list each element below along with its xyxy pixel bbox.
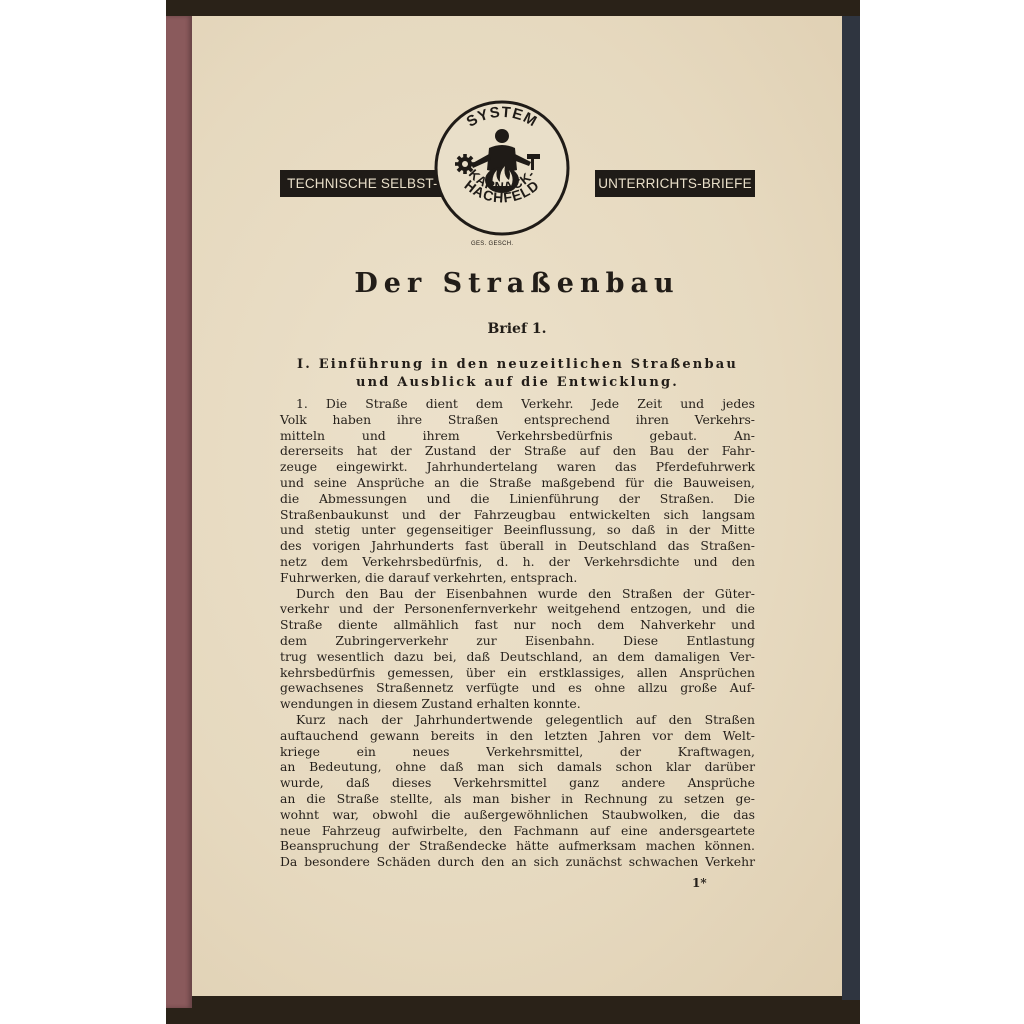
- text-line: neue Fahrzeug aufwirbelte, den Fachmann …: [280, 823, 755, 839]
- text-line: und stetig unter gegenseitiger Beeinflus…: [280, 522, 755, 538]
- book-spine: [166, 16, 192, 1008]
- text-line: Da besondere Schäden durch den an sich z…: [280, 854, 755, 870]
- text-line: zeuge eingewirkt. Jahrhundertelang waren…: [280, 459, 755, 475]
- section-heading-line: und Ausblick auf die Entwicklung.: [280, 374, 755, 392]
- text-line: wohnt war, obwohl die außergewöhnlichen …: [280, 807, 755, 823]
- text-line: wendungen in diesem Zustand erhalten kon…: [280, 696, 755, 712]
- text-line: die Abmessungen und die Linienführung de…: [280, 491, 755, 507]
- text-line: 1. Die Straße dient dem Verkehr. Jede Ze…: [280, 396, 755, 412]
- text-line: des vorigen Jahrhunderts fast überall in…: [280, 538, 755, 554]
- text-line: gewachsenes Straßennetz verfügte und es …: [280, 680, 755, 696]
- page-title: Der Straßenbau: [192, 268, 842, 299]
- text-line: Kurz nach der Jahrhundertwende gelegentl…: [280, 712, 755, 728]
- letterhead: TECHNISCHE SELBST- UNTERRICHTS-BRIEFE SY…: [280, 90, 755, 240]
- text-line: verkehr und der Personenfernverkehr weit…: [280, 601, 755, 617]
- body-text: 1. Die Straße dient dem Verkehr. Jede Ze…: [280, 396, 755, 870]
- text-line: Beanspruchung der Straßendecke hätte auf…: [280, 838, 755, 854]
- book-cover-edge: [842, 16, 860, 1000]
- text-line: mitteln und ihrem Verkehrsbedürfnis geba…: [280, 428, 755, 444]
- letterhead-band-right: UNTERRICHTS-BRIEFE: [595, 170, 755, 197]
- text-line: dem Zubringerverkehr zur Eisenbahn. Dies…: [280, 633, 755, 649]
- book-page: TECHNISCHE SELBST- UNTERRICHTS-BRIEFE SY…: [192, 16, 842, 996]
- text-line: Fuhrwerken, die darauf verkehrten, entsp…: [280, 570, 755, 586]
- text-line: dererseits hat der Zustand der Straße au…: [280, 443, 755, 459]
- registered-mark: GES. GESCH.: [471, 241, 513, 247]
- section-heading: I. Einführung in den neuzeitlichen Straß…: [280, 356, 755, 392]
- text-line: Straße diente allmählich fast nur noch d…: [280, 617, 755, 633]
- page-number: 1*: [692, 876, 707, 890]
- text-line: an Bedeutung, ohne daß man sich damals s…: [280, 759, 755, 775]
- letter-number: Brief 1.: [192, 321, 842, 337]
- letterhead-band-left: TECHNISCHE SELBST-: [280, 170, 445, 197]
- text-line: netz dem Verkehrsbedürfnis, d. h. der Ve…: [280, 554, 755, 570]
- text-line: kriege ein neues Verkehrsmittel, der Kra…: [280, 744, 755, 760]
- text-line: Straßenbaukunst und der Fahrzeugbau entw…: [280, 507, 755, 523]
- text-line: und seine Ansprüche an die Straße maßgeb…: [280, 475, 755, 491]
- text-line: trug wesentlich dazu bei, daß Deutschlan…: [280, 649, 755, 665]
- text-line: Volk haben ihre Straßen entsprechend ihr…: [280, 412, 755, 428]
- text-line: auftauchend gewann bereits in den letzte…: [280, 728, 755, 744]
- text-line: kehrsbedürfnis gemessen, über ein erstkl…: [280, 665, 755, 681]
- text-line: an die Straße stellte, als man bisher in…: [280, 791, 755, 807]
- section-heading-line: I. Einführung in den neuzeitlichen Straß…: [280, 356, 755, 374]
- text-line: wurde, daß dieses Verkehrsmittel ganz an…: [280, 775, 755, 791]
- worker-with-gear-hammer-flame-icon: SYSTEM: [427, 100, 577, 240]
- text-line: Durch den Bau der Eisenbahnen wurde den …: [280, 586, 755, 602]
